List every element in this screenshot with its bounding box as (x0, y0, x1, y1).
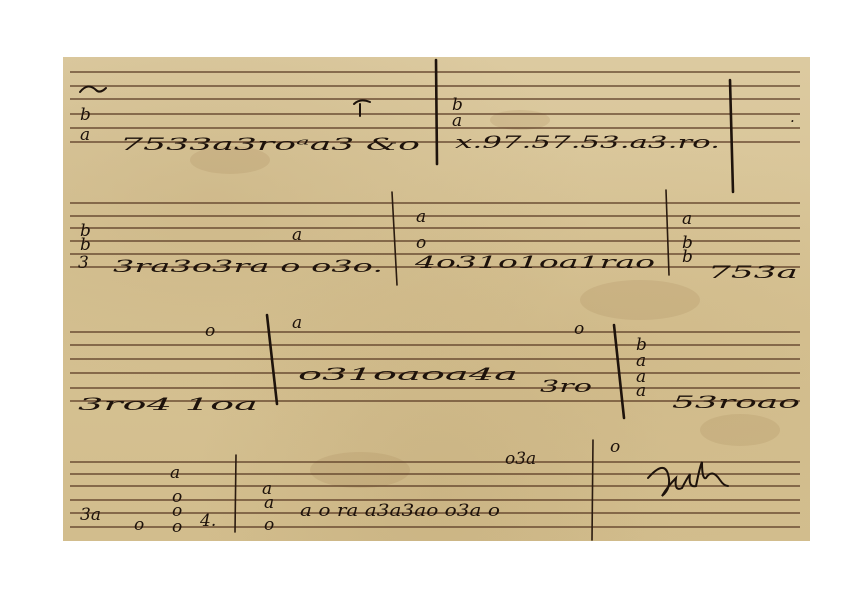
svg-text:a: a (292, 313, 302, 333)
svg-text:a: a (416, 207, 426, 227)
tab-notes: 4o31o1oa1rao (413, 253, 655, 273)
svg-text:a: a (292, 225, 302, 245)
tab-notes: a o ra a3a3ao o3a o (300, 501, 500, 521)
system-2: b b 3 3ra3o3ra o o3o. a a o 4o31o1oa1rao… (70, 190, 800, 285)
svg-text:a: a (264, 493, 274, 513)
svg-text:o: o (574, 319, 584, 339)
svg-text:o: o (205, 321, 215, 341)
system-3: o 3ro4 1oa a o31oaoa4a o 3ro b a a a 53r… (70, 313, 800, 418)
bar-line (592, 440, 593, 540)
manuscript-page: b a 7533a3roᵃa3 &o b a x.97.57.53.a3.ro.… (63, 57, 810, 541)
svg-text:a: a (80, 125, 90, 145)
svg-text:b: b (682, 247, 693, 267)
tab-notes: 53roao (672, 393, 800, 413)
svg-text:a: a (682, 209, 692, 229)
svg-text:a: a (636, 381, 646, 401)
svg-text:o: o (416, 233, 426, 253)
svg-text:o: o (172, 517, 182, 537)
system-1: b a 7533a3roᵃa3 &o b a x.97.57.53.a3.ro.… (70, 60, 800, 192)
tablature-score: b a 7533a3roᵃa3 &o b a x.97.57.53.a3.ro.… (63, 57, 810, 541)
svg-text:o: o (264, 515, 274, 535)
svg-text:b: b (80, 105, 91, 125)
bar-line (436, 60, 437, 164)
tab-notes: 753a (708, 263, 798, 283)
closing-flourish (648, 462, 728, 496)
tab-notes: 7533a3roᵃa3 &o (120, 135, 420, 155)
svg-text:.: . (790, 108, 795, 126)
paper-stains (190, 110, 780, 488)
svg-text:b: b (80, 235, 91, 255)
tab-notes: 3ro4 1oa (78, 395, 258, 415)
bar-line (392, 192, 397, 285)
svg-text:o: o (610, 437, 620, 457)
svg-text:3a: 3a (80, 505, 101, 525)
svg-text:o: o (134, 515, 144, 535)
svg-text:3: 3 (78, 253, 89, 273)
tab-notes: o31oaoa4a (298, 365, 518, 385)
tab-notes: 3ra3o3ra o o3o. (113, 257, 383, 277)
svg-text:o3a: o3a (505, 449, 536, 469)
svg-text:4.: 4. (199, 511, 216, 531)
system-4: 3a o a o o o 4. a a o a o ra a3a3ao o3a … (70, 437, 800, 540)
bar-line (235, 455, 236, 532)
bar-line (614, 325, 624, 418)
tab-notes: x.97.57.53.a3.ro. (455, 133, 720, 153)
tab-notes: 3ro (540, 377, 592, 397)
svg-text:a: a (170, 463, 180, 483)
svg-text:a: a (452, 111, 462, 131)
bar-line (730, 80, 733, 192)
